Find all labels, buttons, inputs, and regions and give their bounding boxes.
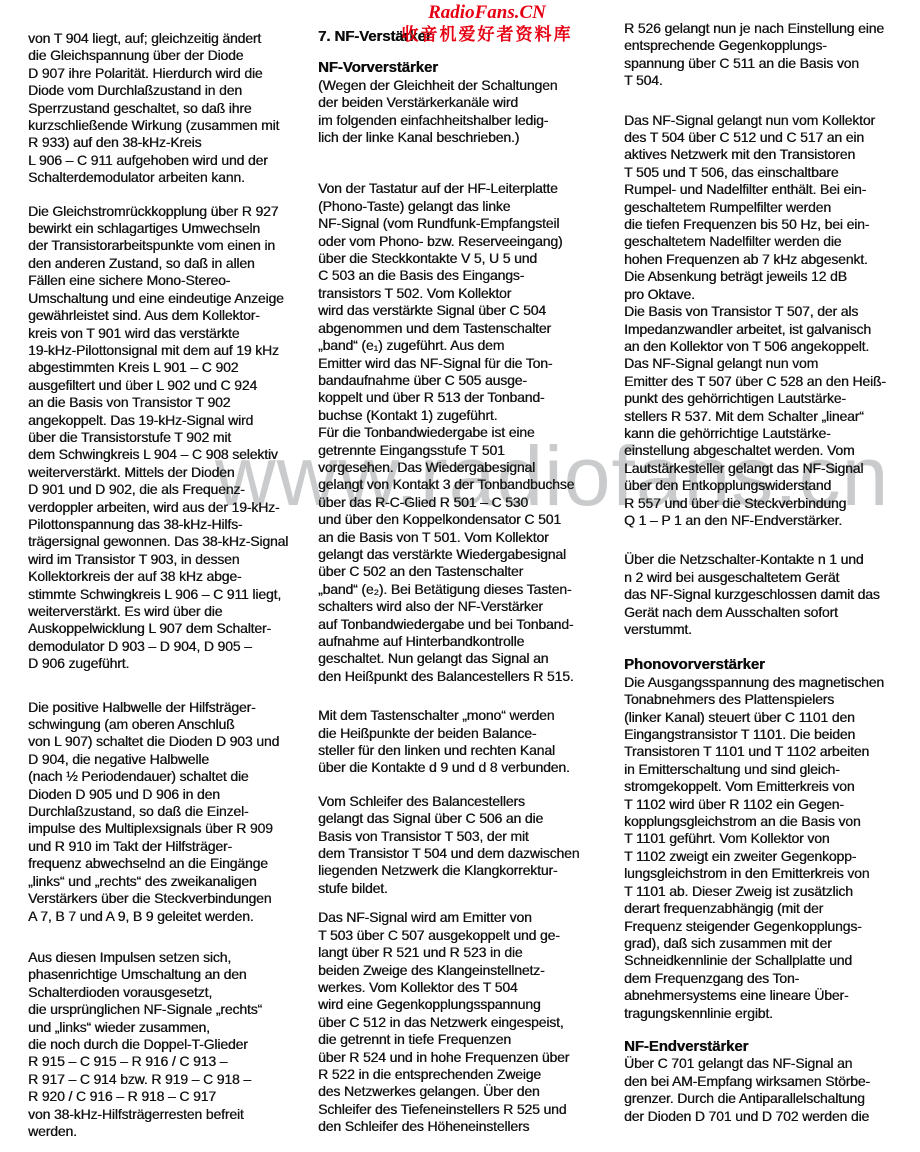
paragraph: von T 904 liegt, auf; gleichzeitig änder… — [28, 30, 322, 187]
column-left: von T 904 liegt, auf; gleichzeitig änder… — [28, 30, 322, 1140]
column-middle: 7. NF-Verstärker NF-Vorverstärker (Wegen… — [318, 28, 612, 1136]
column-right: R 526 gelangt nun je nach Einstellung ei… — [624, 20, 920, 1125]
subsection-heading-phono: Phonovorverstärker — [624, 656, 920, 673]
paragraph: R 526 gelangt nun je nach Einstellung ei… — [624, 20, 920, 90]
radiofans-site-name: RadioFans.CN — [337, 3, 637, 24]
paragraph: Die Ausgangsspannung des magnetischen To… — [624, 674, 920, 1022]
paragraph: Vom Schleifer des Balancestellers gelang… — [318, 793, 612, 897]
paragraph: (Wegen der Gleichheit der Schaltungen de… — [318, 77, 612, 147]
paragraph: Die Gleichstromrückkopplung über R 927 b… — [28, 203, 322, 673]
subsection-heading-endstage: NF-Endverstärker — [624, 1038, 920, 1055]
radiofans-stamp: RadioFans.CN 收音机爱好者资料库 — [337, 3, 637, 45]
subsection-heading: NF-Vorverstärker — [318, 59, 612, 76]
paragraph: Aus diesen Impulsen setzen sich, phasenr… — [28, 949, 322, 1140]
paragraph: Mit dem Tastenschalter „mono“ werden die… — [318, 707, 612, 777]
paragraph: Das NF-Signal wird am Emitter von T 503 … — [318, 909, 612, 1135]
paragraph: Über die Netzschalter-Kontakte n 1 und n… — [624, 551, 920, 638]
paragraph: Von der Tastatur auf der HF-Leiterplatte… — [318, 180, 612, 685]
paragraph: Die positive Halbwelle der Hilfsträger- … — [28, 699, 322, 925]
paragraph: Das NF-Signal gelangt nun vom Kollektor … — [624, 112, 920, 530]
paragraph: Über C 701 gelangt das NF-Signal an den … — [624, 1055, 920, 1125]
radiofans-tagline: 收音机爱好者资料库 — [337, 26, 637, 45]
scanned-manual-page: www.radiofans.cn RadioFans.CN 收音机爱好者资料库 … — [0, 0, 920, 1152]
